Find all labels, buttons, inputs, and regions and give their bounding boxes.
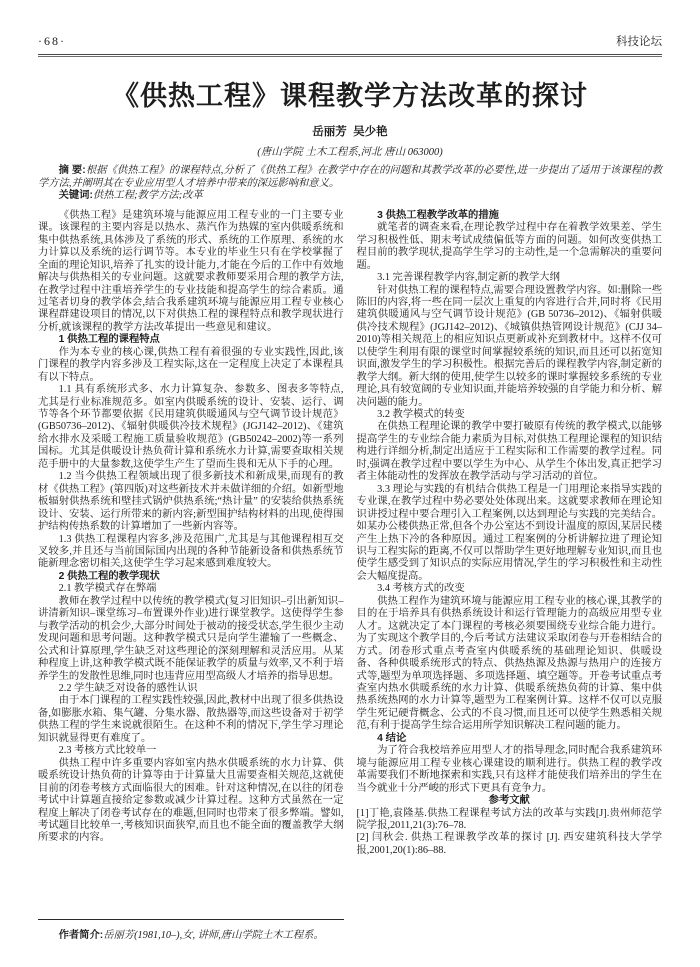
right-column-blocks: 3 供热工程教学改革的措施就笔者的调查来看,在理论教学过程中存在着教学效果差、学…: [357, 210, 663, 858]
header-double-rule: [38, 54, 662, 57]
author-bio: 作者简介:岳丽芳(1981,10–),女, 讲师,唐山学院土木工程系。: [38, 919, 344, 956]
body-paragraph: 教师在教学过程中以传统的教学模式(复习旧知识–引出新知识–讲清新知识–课堂练习–…: [38, 596, 344, 683]
body-paragraph: 2.3 考核方式比较单一: [38, 745, 344, 757]
keywords: 关键词:供热工程;教学方法;改革: [38, 190, 662, 203]
left-column-blocks: 《供热工程》是建筑环境与能源应用工程专业的一门主要专业课。该课程的主要内容是以热…: [38, 210, 344, 845]
body-paragraph: 针对供热工程的课程特点,需要合理设置教学内容。如:删除一些陈旧的内容,将一些在同…: [357, 285, 663, 410]
title-block: 《供热工程》课程教学方法改革的探讨 岳丽芳 吴少艳 (唐山学院 土木工程系,河北…: [38, 74, 662, 159]
left-column: 《供热工程》是建筑环境与能源应用工程专业的一门主要专业课。该课程的主要内容是以热…: [38, 210, 344, 956]
section-heading: 2 供热工程的教学现状: [38, 571, 344, 583]
body-columns: 《供热工程》是建筑环境与能源应用工程专业的一门主要专业课。该课程的主要内容是以热…: [38, 210, 662, 956]
body-paragraph: 在供热工程理论课的教学中要打破原有传统的教学模式,以能够提高学生的专业综合能力素…: [357, 421, 663, 483]
body-paragraph: 3.1 完善课程教学内容,制定新的教学大纲: [357, 272, 663, 284]
author-bio-text: 岳丽芳(1981,10–),女, 讲师,唐山学院土木工程系。: [103, 930, 324, 941]
abstract-text: 根据《供热工程》的课程特点,分析了《供热工程》在教学中存在的问题和其教学改革的必…: [38, 165, 662, 189]
body-paragraph: 2.1 教学模式存在弊端: [38, 583, 344, 595]
journal-page: ·68· 科技论坛 《供热工程》课程教学方法改革的探讨 岳丽芳 吴少艳 (唐山学…: [0, 0, 700, 967]
body-paragraph: 1.3 供热工程课程内容多,涉及范围广,尤其是与其他课程相互交叉较多,并且还与当…: [38, 534, 344, 571]
body-paragraph: 供热工程作为建筑环境与能源应用工程专业的核心课,其教学的目的在于培养具有供热系统…: [357, 596, 663, 733]
author-bio-label: 作者简介:: [59, 930, 104, 941]
body-paragraph: 就笔者的调查来看,在理论教学过程中存在着教学效果差、学生学习积极性低、期末考试成…: [357, 222, 663, 272]
body-paragraph: 1.2 当今供热工程领域出现了很多新技术和新成果,而现有的教材《供热工程》(第四…: [38, 471, 344, 533]
paper-title: 《供热工程》课程教学方法改革的探讨: [38, 74, 662, 113]
abstract: 摘 要:根据《供热工程》的课程特点,分析了《供热工程》在教学中存在的问题和其教学…: [38, 165, 662, 190]
body-paragraph: 3.4 考核方式的改变: [357, 583, 663, 595]
body-paragraph: 《供热工程》是建筑环境与能源应用工程专业的一门主要专业课。该课程的主要内容是以热…: [38, 210, 344, 335]
references-heading: 参考文献: [357, 795, 663, 807]
body-paragraph: 供热工程中许多重要内容如室内热水供暖系统的水力计算、供暖系统设计热负荷的计算等由…: [38, 758, 344, 845]
body-paragraph: 1.1 具有系统形式多、水力计算复杂、参数多、图表多等特点,尤其是行业标准规范多…: [38, 384, 344, 471]
keywords-text: 供热工程;教学方法;改革: [93, 190, 203, 201]
body-paragraph: 3.2 教学模式的转变: [357, 409, 663, 421]
body-paragraph: 为了符合我校培养应用型人才的指导理念,同时配合我系建筑环境与能源应用工程专业核心…: [357, 745, 663, 795]
running-head: ·68· 科技论坛: [38, 0, 662, 49]
authors: 岳丽芳 吴少艳: [38, 123, 662, 139]
right-column: 3 供热工程教学改革的措施就笔者的调查来看,在理论教学过程中存在着教学效果差、学…: [357, 210, 663, 956]
body-paragraph: 作为本专业的核心课,供热工程有着很强的专业实践性,因此,该门课程的教学内容多涉及…: [38, 347, 344, 384]
section-heading: 1 供热工程的课程特点: [38, 334, 344, 346]
journal-section-label: 科技论坛: [616, 33, 662, 49]
abstract-label: 摘 要:: [59, 165, 86, 176]
reference-item: [2] 闫秋会. 供热工程课教学改革的探讨 [J]. 西安建筑科技大学学报,20…: [357, 832, 663, 857]
affiliation: (唐山学院 土木工程系,河北 唐山 063000): [38, 144, 662, 159]
section-heading: 3 供热工程教学改革的措施: [357, 210, 663, 222]
body-paragraph: 3.3 理论与实践的有机结合供热工程是一门用理论来指导实践的专业课,在教学过程中…: [357, 484, 663, 584]
body-paragraph: 由于本门课程的工程实践性较强,因此,教材中出现了很多供热设备,如膨胀水箱、集气罐…: [38, 695, 344, 745]
reference-item: [1]丁艳,袁隆基.供热工程课程考试方法的改革与实践[J].贵州师范学院学报,2…: [357, 808, 663, 833]
keywords-label: 关键词:: [59, 190, 93, 201]
page-number: ·68·: [38, 34, 66, 49]
section-heading: 4 结论: [357, 733, 663, 745]
body-paragraph: 2.2 学生缺乏对设备的感性认识: [38, 683, 344, 695]
